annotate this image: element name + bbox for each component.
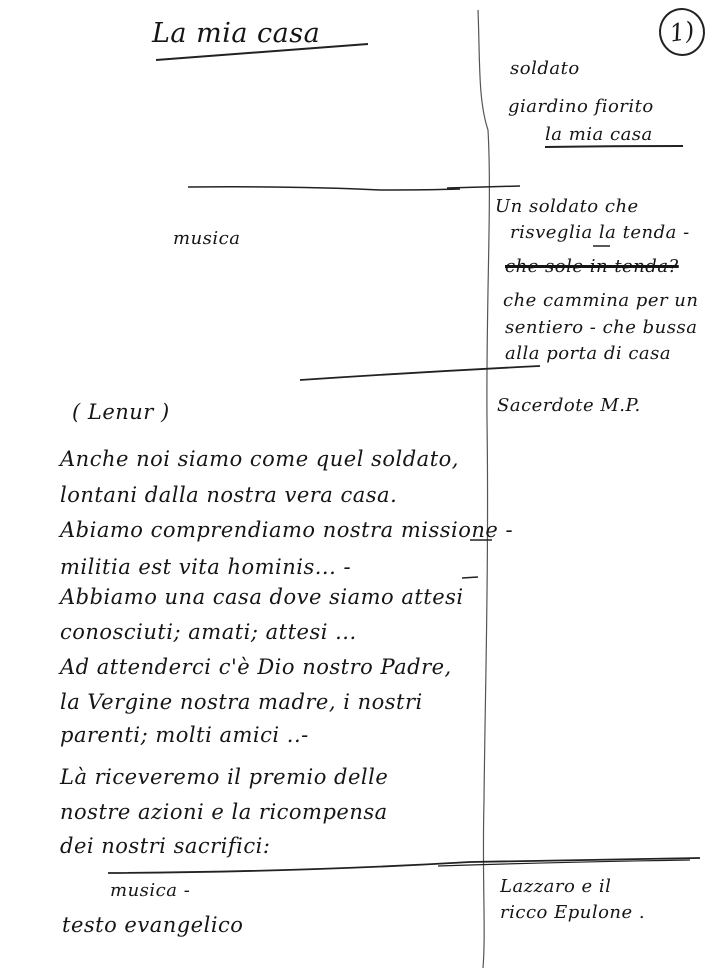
scene-note: alla porta di casa [505,343,671,364]
scene-note: che cammina per un [503,290,699,311]
scene-note: risveglia la tenda - [510,222,690,243]
body-line: Anche noi siamo come quel soldato, [60,447,459,471]
bracket-note: ( Lenur ) [72,400,170,424]
footer-note: ricco Epulone . [500,902,645,923]
body-line: Abiamo comprendiamo nostra missione - [60,518,513,542]
body-line: Ad attenderci c'è Dio nostro Padre, [60,655,452,679]
body-line: Abbiamo una casa dove siamo attesi [60,585,464,609]
scene-note: sentiero - che bussa [505,317,697,338]
body-line: conosciuti; amati; attesi ... [60,620,357,644]
right-note-garden: giardino fiorito [508,96,654,117]
right-note-home: la mia casa [545,124,653,145]
footer-note: Lazzaro e il [500,876,611,897]
scene-note-struck: che sole in tenda? [505,256,679,277]
body-line: nostre azioni e la ricompensa [60,800,388,824]
body-line: la Vergine nostra madre, i nostri [60,690,423,714]
body-line: dei nostri sacrifici: [60,834,270,858]
right-note-soldier: soldato [510,58,580,79]
page-title: La mia casa [152,18,320,49]
body-line: parenti; molti amici ..- [60,723,309,747]
body-line: Là riceveremo il premio delle [60,765,388,789]
speaker-note: Sacerdote M.P. [497,395,641,416]
body-line: lontani dalla nostra vera casa. [60,483,397,507]
body-line: militia est vita hominis... - [60,555,351,579]
music-cue-2: musica - [110,880,190,901]
scene-note: Un soldato che [495,196,639,217]
gospel-text-cue: testo evangelico [62,913,243,937]
music-cue: musica [173,228,240,249]
